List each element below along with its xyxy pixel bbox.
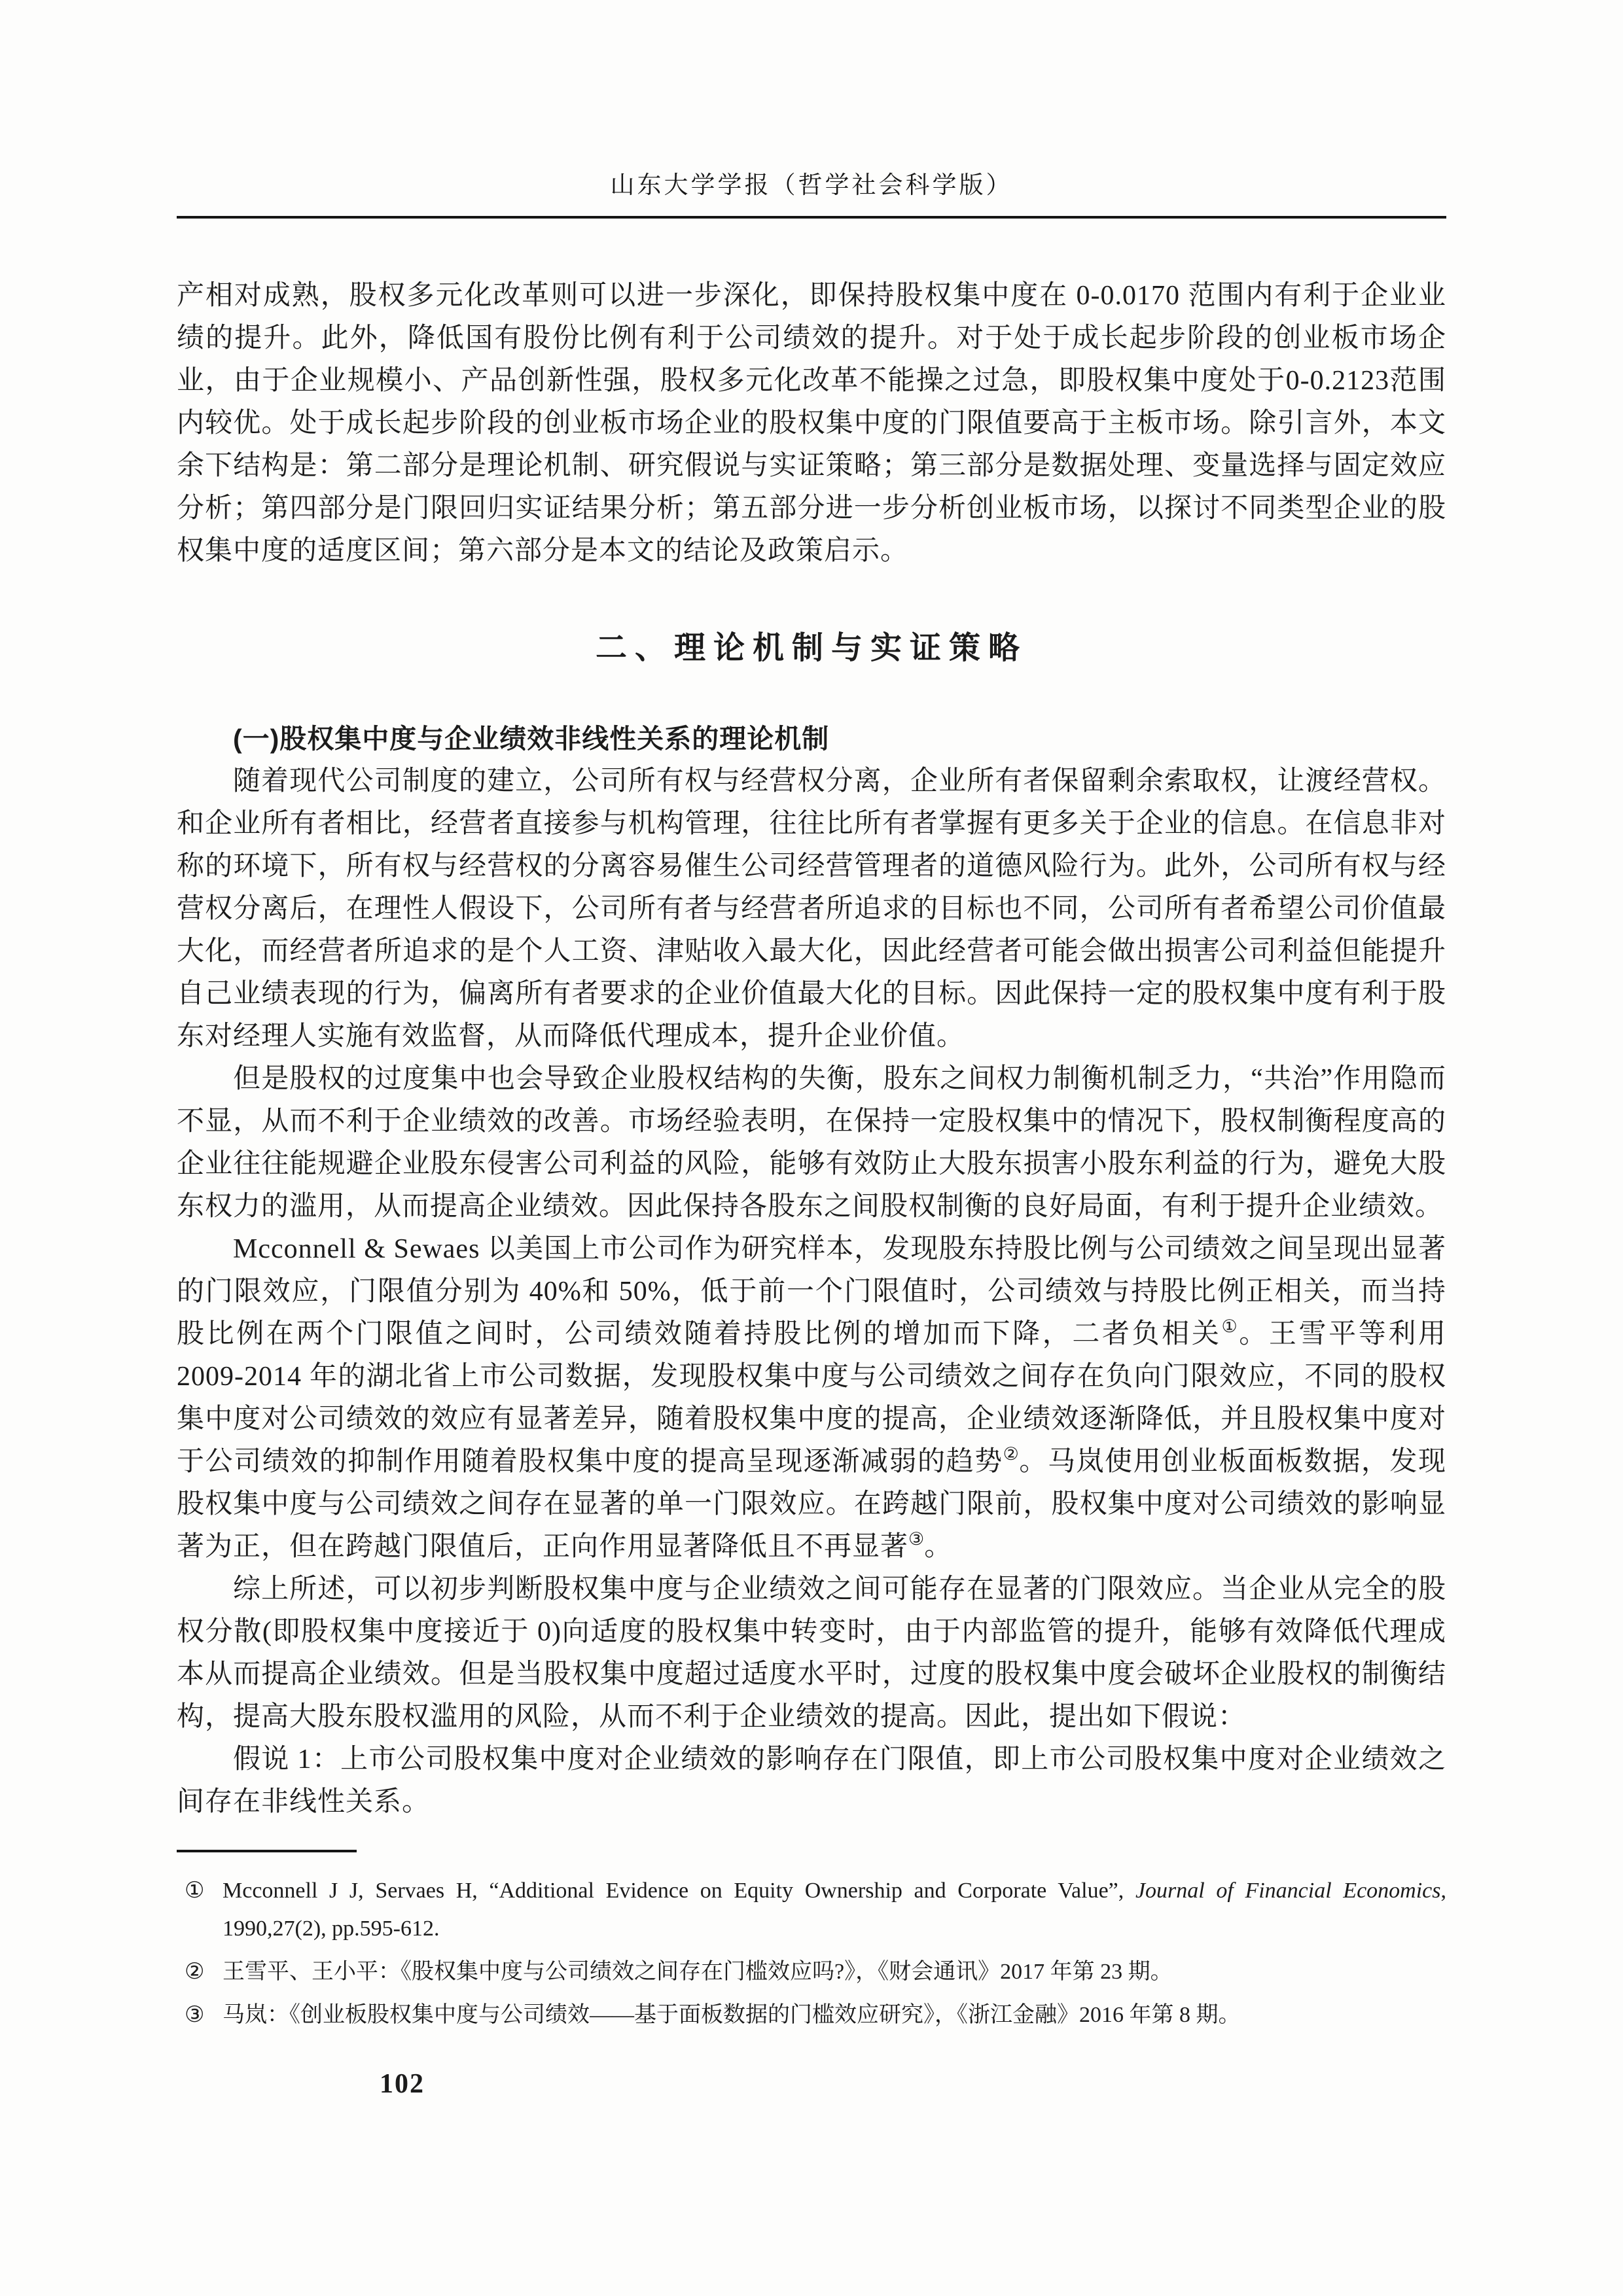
footnote-1-citation: Mcconnell J J, Servaes H, “Additional Ev… (223, 1879, 1135, 1903)
literature-text-4: 。 (924, 1532, 952, 1562)
footnote-1-journal-name: Journal of Financial Economics (1135, 1879, 1441, 1903)
subsection-title: (一)股权集中度与企业绩效非线性关系的理论机制 (177, 718, 1446, 760)
paragraph-literature: Mcconnell & Sewaes 以美国上市公司作为研究样本，发现股东持股比… (177, 1228, 1446, 1568)
running-head: 山东大学学报（哲学社会科学版） (0, 0, 1623, 219)
footnote-ref-1: ① (1221, 1316, 1239, 1336)
journal-title: 山东大学学报（哲学社会科学版） (0, 165, 1623, 200)
journal-page: 山东大学学报（哲学社会科学版） 产相对成熟，股权多元化改革则可以进一步深化，即保… (0, 0, 1623, 2296)
header-rule (177, 216, 1446, 219)
intro-paragraph: 产相对成熟，股权多元化改革则可以进一步深化，即保持股权集中度在 0-0.0170… (177, 275, 1446, 573)
paragraph-hypothesis-1: 假说 1：上市公司股权集中度对企业绩效的影响存在门限值，即上市公司股权集中度对企… (177, 1739, 1446, 1824)
footnote-3-marker: ③ (185, 1996, 223, 2034)
paragraph-agency-theory: 随着现代公司制度的建立，公司所有权与经营权分离，企业所有者保留剩余索取权，让渡经… (177, 760, 1446, 1058)
footnote-1: ① Mcconnell J J, Servaes H, “Additional … (177, 1872, 1446, 1948)
paragraph-over-concentration: 但是股权的过度集中也会导致企业股权结构的失衡，股东之间权力制衡机制乏力，“共治”… (177, 1058, 1446, 1228)
footnote-3-text: 马岚：《创业板股权集中度与公司绩效——基于面板数据的门槛效应研究》，《浙江金融》… (223, 1996, 1446, 2034)
footnote-1-marker: ① (185, 1872, 223, 1948)
page-number: 102 (380, 2068, 1446, 2100)
article-body: 产相对成熟，股权多元化改革则可以进一步深化，即保持股权集中度在 0-0.0170… (177, 275, 1446, 1824)
footnote-3: ③ 马岚：《创业板股权集中度与公司绩效——基于面板数据的门槛效应研究》，《浙江金… (177, 1996, 1446, 2034)
footnote-2-text: 王雪平、王小平：《股权集中度与公司绩效之间存在门槛效应吗?》，《财会通讯》201… (223, 1953, 1446, 1991)
footnote-2: ② 王雪平、王小平：《股权集中度与公司绩效之间存在门槛效应吗?》，《财会通讯》2… (177, 1953, 1446, 1991)
section-title: 二、理论机制与实证策略 (177, 625, 1446, 672)
footnote-ref-2: ② (1003, 1444, 1020, 1464)
footnote-ref-3: ③ (908, 1529, 924, 1549)
footnote-1-text: Mcconnell J J, Servaes H, “Additional Ev… (223, 1872, 1446, 1948)
paragraph-summary: 综上所述，可以初步判断股权集中度与企业绩效之间可能存在显著的门限效应。当企业从完… (177, 1568, 1446, 1739)
footnote-list: ① Mcconnell J J, Servaes H, “Additional … (177, 1852, 1446, 2034)
footnote-area: ① Mcconnell J J, Servaes H, “Additional … (177, 1850, 1446, 2100)
footnote-2-marker: ② (185, 1953, 223, 1991)
